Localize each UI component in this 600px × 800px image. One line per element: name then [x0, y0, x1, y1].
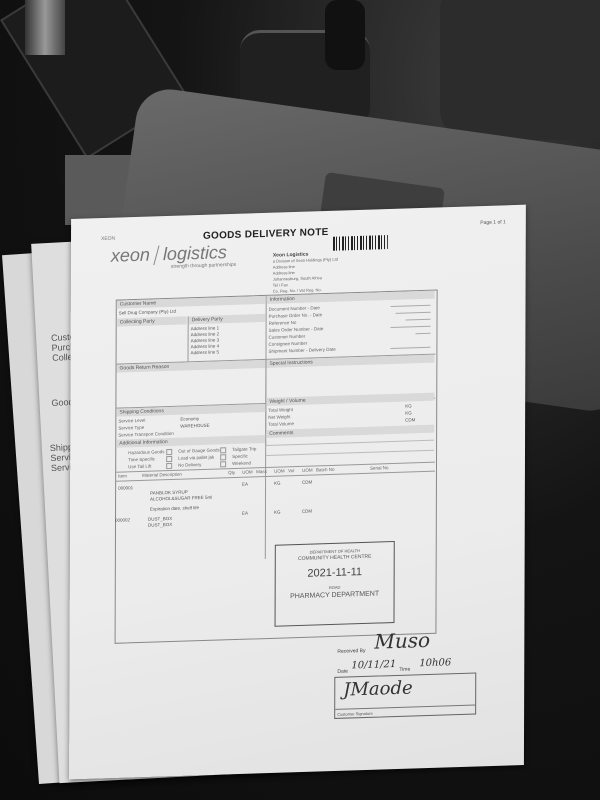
received-by-label: Received By — [337, 648, 365, 655]
out-of-gauge-checkbox[interactable] — [220, 447, 226, 453]
mass-uom: KG — [274, 481, 281, 486]
checkbox-label: Time Specific — [128, 456, 155, 462]
shipping-value: WAREHOUSE — [180, 423, 209, 429]
item-number: 000002 — [115, 517, 130, 522]
weight-value: KG — [405, 410, 412, 415]
checkbox-label: Use Tail Lift — [128, 464, 151, 470]
qty-uom: EA — [242, 482, 248, 487]
drink-can — [25, 0, 65, 55]
delivery-line: Address line 2 — [191, 331, 220, 337]
delivery-line: Address line 5 — [191, 349, 220, 355]
stamp-department: PHARMACY DEPARTMENT — [276, 590, 394, 601]
company-address: Xeon Logistics a Division of Xeon Holdin… — [273, 249, 393, 295]
car-interior-scene: e Custome Purchase Collectin Goods Re Sh… — [0, 0, 600, 800]
vol-uom: CDM — [302, 480, 312, 485]
item-description: DUST_BOX — [148, 516, 172, 522]
checkbox-label: No Delivery — [178, 462, 201, 468]
checkbox-label: Tailgate Trip — [232, 446, 256, 452]
gear-knob — [325, 0, 365, 70]
goods-delivery-note: XEON GOODS DELIVERY NOTE Page 1 of 1 xeo… — [69, 205, 526, 780]
delivery-line: Address line 3 — [191, 337, 220, 343]
time-label: Time — [399, 667, 410, 673]
item-number: 000001 — [118, 485, 133, 490]
received-by-signature: Muso — [374, 628, 430, 654]
hazardous-checkbox[interactable] — [166, 449, 172, 455]
date-value: 10/11/21 — [351, 659, 396, 671]
weight-value: CDM — [405, 417, 415, 422]
weight-label: Net Weight — [268, 414, 290, 420]
mass-uom: KG — [274, 510, 281, 515]
shipping-value: Economy — [180, 416, 199, 422]
tail-lift-checkbox[interactable] — [166, 463, 172, 469]
logo-part1: xeon — [111, 245, 150, 266]
column-header: Mass — [256, 469, 267, 474]
date-label: Date — [337, 669, 348, 675]
column-header: UOM — [302, 468, 313, 473]
passenger-seat — [440, 0, 600, 140]
item-description: DUST_BOX — [148, 522, 172, 528]
pallet-checkbox[interactable] — [220, 454, 226, 460]
delivery-line: Address line 1 — [191, 325, 220, 331]
document-title: GOODS DELIVERY NOTE — [203, 227, 329, 242]
qty-uom: EA — [242, 511, 248, 516]
logo-part2: logistics — [163, 242, 227, 264]
column-header: Item — [118, 473, 127, 478]
checkbox-label: Weekend — [232, 460, 251, 466]
column-header: Batch No — [316, 467, 335, 473]
weight-label: Total Weight — [268, 407, 293, 413]
page-indicator: Page 1 of 1 — [480, 219, 506, 226]
customer-signature-box: JMaode Customer Signature — [334, 672, 476, 718]
weight-value: KG — [405, 403, 412, 408]
info-label: Reference No — [269, 320, 297, 326]
weight-label: Total Volume — [268, 421, 294, 427]
vol-uom: CDM — [302, 509, 312, 514]
no-delivery-checkbox[interactable] — [220, 461, 226, 467]
pharmacy-stamp: DEPARTMENT OF HEALTH COMMUNITY HEALTH CE… — [275, 541, 395, 627]
logo-tagline: strength through partnerships — [171, 262, 236, 270]
shipping-label: Service Type — [118, 425, 144, 431]
column-header: Qty — [228, 470, 235, 475]
column-header: UOM — [274, 468, 285, 473]
shipping-label: Service Level — [118, 418, 145, 424]
time-value: 10h06 — [419, 657, 451, 669]
column-header: Serial No — [370, 465, 389, 471]
customer-signature: JMaode — [343, 677, 412, 700]
column-header: Vol — [288, 468, 294, 473]
customer-signature-label: Customer Signature — [337, 711, 373, 717]
delivery-line: Address line 4 — [191, 343, 220, 349]
checkbox-label: Specific — [232, 454, 248, 459]
stamp-date: 2021-11-11 — [276, 565, 394, 581]
column-header: UOM — [242, 469, 253, 474]
small-logo: XEON — [101, 236, 115, 242]
time-specific-checkbox[interactable] — [166, 456, 172, 462]
